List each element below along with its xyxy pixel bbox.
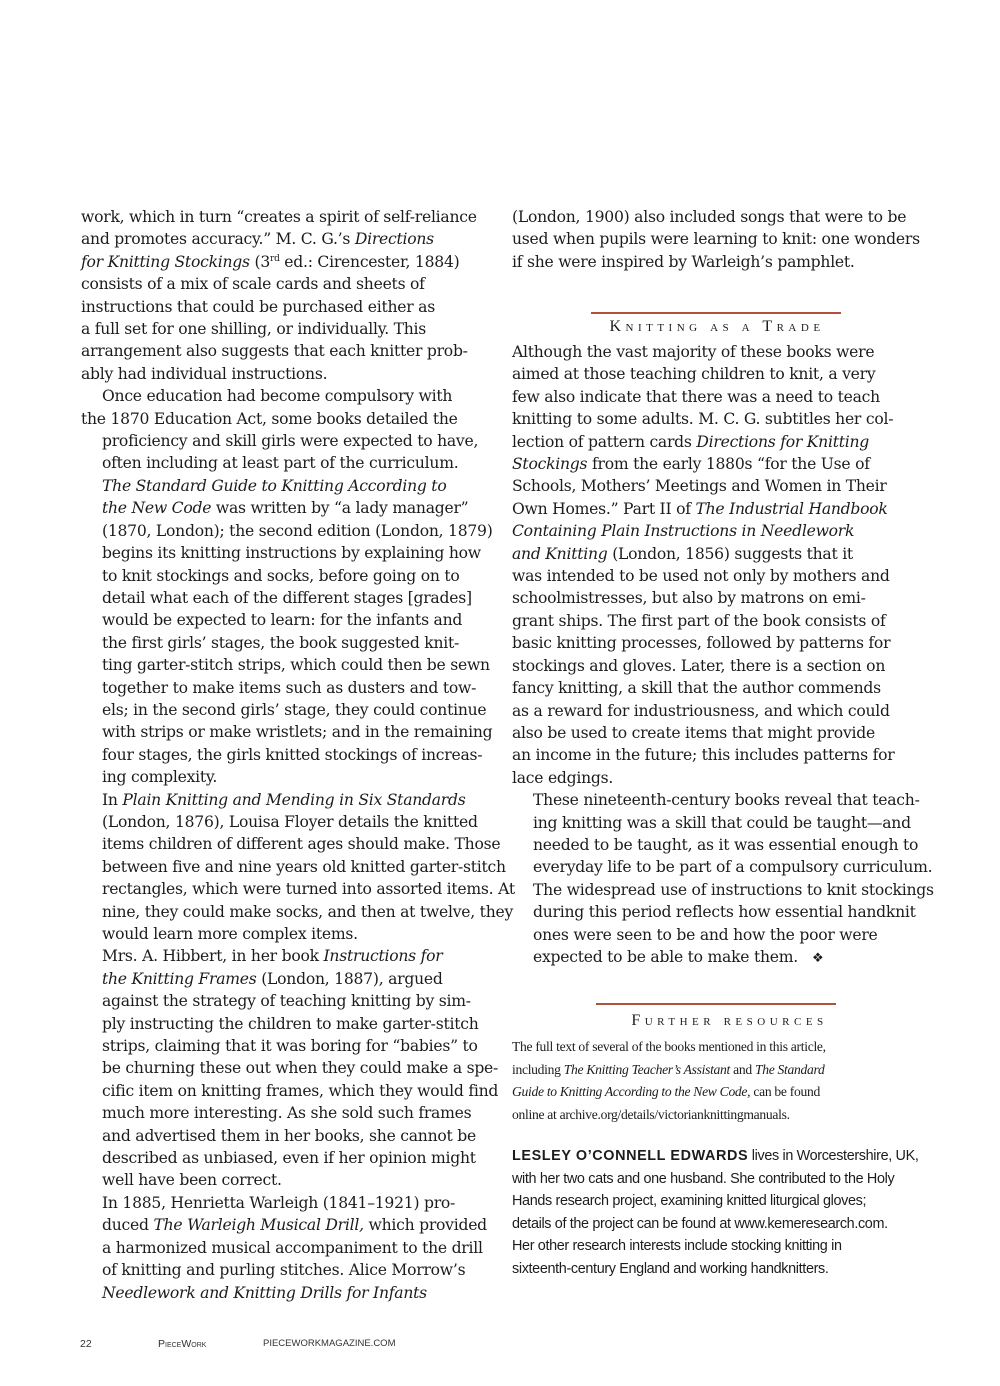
section-heading: Further resources bbox=[512, 1012, 947, 1030]
text-line: (London, 1900) also included songs that … bbox=[512, 206, 922, 228]
text-line: consists of a mix of scale cards and she… bbox=[81, 273, 491, 295]
author-name: LESLEY O’CONNELL EDWARDS bbox=[512, 1148, 748, 1164]
text-line: for Knitting Stockings (3rd ed.: Cirence… bbox=[81, 251, 491, 273]
paragraph: work, which in turn “creates a spirit of… bbox=[81, 206, 491, 385]
book-title: Guide to Knitting According to the New C… bbox=[512, 1084, 750, 1099]
book-title: Directions bbox=[355, 230, 434, 248]
text-line: also be used to create items that might … bbox=[512, 722, 922, 744]
book-title: The Knitting Teacher’s Assistant bbox=[564, 1062, 730, 1077]
text-line: expected to be able to make them.❖ bbox=[512, 946, 922, 970]
book-title: The Industrial Handbook bbox=[695, 500, 887, 518]
text-line: the New Code was written by “a lady mana… bbox=[81, 497, 491, 519]
book-title: the New Code bbox=[102, 499, 211, 517]
text-line: nine, they could make socks, and then at… bbox=[81, 901, 491, 923]
text-line: was intended to be used not only by moth… bbox=[512, 565, 922, 587]
text-line: rectangles, which were turned into assor… bbox=[81, 878, 491, 900]
paragraph: These nineteenth-century books reveal th… bbox=[512, 789, 922, 970]
left-column: work, which in turn “creates a spirit of… bbox=[81, 206, 491, 1304]
text-line: work, which in turn “creates a spirit of… bbox=[81, 206, 491, 228]
book-title: Instructions for bbox=[324, 947, 443, 965]
text-line: begins its knitting instructions by expl… bbox=[81, 542, 491, 564]
text-line: Schools, Mothers’ Meetings and Women in … bbox=[512, 475, 922, 497]
superscript: rd bbox=[270, 254, 280, 264]
text-line: between five and nine years old knitted … bbox=[81, 856, 491, 878]
text-line: LESLEY O’CONNELL EDWARDS lives in Worces… bbox=[512, 1145, 932, 1168]
text-line: These nineteenth-century books reveal th… bbox=[533, 791, 920, 809]
text-line: would learn more complex items. bbox=[81, 923, 491, 945]
text-line: fancy knitting, a skill that the author … bbox=[512, 677, 922, 699]
book-title: The Warleigh Musical Drill, bbox=[153, 1216, 363, 1234]
section-divider bbox=[591, 312, 841, 314]
text-line: everyday life to be part of a compulsory… bbox=[512, 856, 922, 878]
right-column-body: Although the vast majority of these book… bbox=[512, 341, 922, 970]
paragraph: In 1885, Henrietta Warleigh (1841–1921) … bbox=[81, 1192, 491, 1304]
text-line: the Knitting Frames (London, 1887), argu… bbox=[81, 968, 491, 990]
text-line: Once education had become compulsory wit… bbox=[102, 387, 452, 405]
text-line: together to make items such as dusters a… bbox=[81, 677, 491, 699]
right-column-top: (London, 1900) also included songs that … bbox=[512, 206, 922, 273]
text-line: lection of pattern cards Directions for … bbox=[512, 431, 922, 453]
book-title: Plain Knitting and Mending in Six Standa… bbox=[122, 791, 465, 809]
text-line: described as unbiased, even if her opini… bbox=[81, 1147, 491, 1169]
text-line: against the strategy of teaching knittin… bbox=[81, 990, 491, 1012]
book-title: the Knitting Frames bbox=[102, 970, 257, 988]
text-line: In 1885, Henrietta Warleigh (1841–1921) … bbox=[102, 1194, 455, 1212]
publication-name: PieceWork bbox=[158, 1338, 206, 1350]
section-heading: Knitting as a Trade bbox=[512, 318, 922, 336]
text-line: ing knitting was a skill that could be t… bbox=[512, 812, 922, 834]
book-title: for Knitting Stockings bbox=[81, 253, 250, 271]
resource-link-text: online at archive.org/details/victoriank… bbox=[512, 1104, 932, 1127]
text-line: a full set for one shilling, or individu… bbox=[81, 318, 491, 340]
author-bio: LESLEY O’CONNELL EDWARDS lives in Worces… bbox=[512, 1145, 932, 1281]
text-line: Her other research interests include sto… bbox=[512, 1235, 932, 1258]
text-line: with her two cats and one husband. She c… bbox=[512, 1168, 932, 1191]
text-line: with strips or make wristlets; and in th… bbox=[81, 721, 491, 743]
text-line: basic knitting processes, followed by pa… bbox=[512, 632, 922, 654]
text-line: Stockings from the early 1880s “for the … bbox=[512, 453, 922, 475]
page-number: 22 bbox=[80, 1338, 92, 1350]
text-line: of knitting and purling stitches. Alice … bbox=[81, 1259, 491, 1281]
book-title: The Standard bbox=[755, 1062, 825, 1077]
text-line: and promotes accuracy.” M. C. G.’s Direc… bbox=[81, 228, 491, 250]
text-line: including The Knitting Teacher’s Assista… bbox=[512, 1059, 932, 1082]
text-line: grant ships. The first part of the book … bbox=[512, 610, 922, 632]
text-line: items children of different ages should … bbox=[81, 833, 491, 855]
text-line: the first girls’ stages, the book sugges… bbox=[81, 632, 491, 654]
text-line: would be expected to learn: for the infa… bbox=[81, 609, 491, 631]
section-divider bbox=[596, 1003, 836, 1005]
text-line: Own Homes.” Part II of The Industrial Ha… bbox=[512, 498, 922, 520]
text-line: Guide to Knitting According to the New C… bbox=[512, 1081, 932, 1104]
text-line: few also indicate that there was a need … bbox=[512, 386, 922, 408]
text-line: to knit stockings and socks, before goin… bbox=[81, 565, 491, 587]
paragraph: In Plain Knitting and Mending in Six Sta… bbox=[81, 789, 491, 946]
text-line: instructions that could be purchased eit… bbox=[81, 296, 491, 318]
text-line: used when pupils were learning to knit: … bbox=[512, 228, 922, 250]
text-line: The full text of several of the books me… bbox=[512, 1036, 932, 1059]
paragraph: Once education had become compulsory wit… bbox=[81, 385, 491, 788]
text-line: be churning these out when they could ma… bbox=[81, 1057, 491, 1079]
text-line: stockings and gloves. Later, there is a … bbox=[512, 655, 922, 677]
end-mark-icon: ❖ bbox=[812, 951, 823, 966]
text-line: (1870, London); the second edition (Lond… bbox=[81, 520, 491, 542]
text-line: the 1870 Education Act, some books detai… bbox=[81, 408, 491, 430]
text-line: ing complexity. bbox=[81, 766, 491, 788]
text-line: ting garter-stitch strips, which could t… bbox=[81, 654, 491, 676]
text-line: Mrs. A. Hibbert, in her book Instruction… bbox=[102, 947, 442, 965]
book-title: Stockings bbox=[512, 455, 587, 473]
text-line: an income in the future; this includes p… bbox=[512, 744, 922, 766]
text-line: often including at least part of the cur… bbox=[81, 452, 491, 474]
text-line: Hands research project, examining knitte… bbox=[512, 1190, 932, 1213]
text-line: Although the vast majority of these book… bbox=[512, 341, 922, 363]
text-line: lace edgings. bbox=[512, 767, 922, 789]
text-line: well have been correct. bbox=[81, 1169, 491, 1191]
text-line: aimed at those teaching children to knit… bbox=[512, 363, 922, 385]
text-line: (London, 1876), Louisa Floyer details th… bbox=[81, 811, 491, 833]
book-title: Needlework and Knitting Drills for Infan… bbox=[81, 1282, 491, 1304]
text-line: The widespread use of instructions to kn… bbox=[512, 879, 922, 901]
text-line: detail what each of the different stages… bbox=[81, 587, 491, 609]
book-title: Directions for Knitting bbox=[696, 433, 869, 451]
text-line: ply instructing the children to make gar… bbox=[81, 1013, 491, 1035]
text-line: much more interesting. As she sold such … bbox=[81, 1102, 491, 1124]
text-line: duced The Warleigh Musical Drill, which … bbox=[81, 1214, 491, 1236]
text-line: sixteenth-century England and working ha… bbox=[512, 1258, 932, 1281]
book-title: Containing Plain Instructions in Needlew… bbox=[512, 520, 922, 542]
text-line: as a reward for industriousness, and whi… bbox=[512, 700, 922, 722]
text-line: details of the project can be found at w… bbox=[512, 1213, 932, 1236]
text-line: during this period reflects how essentia… bbox=[512, 901, 922, 923]
text-line: strips, claiming that it was boring for … bbox=[81, 1035, 491, 1057]
further-resources: The full text of several of the books me… bbox=[512, 1036, 932, 1126]
text-line: schoolmistresses, but also by matrons on… bbox=[512, 587, 922, 609]
text-line: In Plain Knitting and Mending in Six Sta… bbox=[102, 791, 466, 809]
text-line: arrangement also suggests that each knit… bbox=[81, 340, 491, 362]
book-title: The Standard Guide to Knitting According… bbox=[81, 475, 491, 497]
text-line: cific item on knitting frames, which the… bbox=[81, 1080, 491, 1102]
paragraph: Although the vast majority of these book… bbox=[512, 341, 922, 789]
text-line: four stages, the girls knitted stockings… bbox=[81, 744, 491, 766]
text-line: and advertised them in her books, she ca… bbox=[81, 1125, 491, 1147]
text-line: knitting to some adults. M. C. G. subtit… bbox=[512, 408, 922, 430]
text-line: a harmonized musical accompaniment to th… bbox=[81, 1237, 491, 1259]
book-title: and Knitting bbox=[512, 545, 608, 563]
text-line: needed to be taught, as it was essential… bbox=[512, 834, 922, 856]
text-line: and Knitting (London, 1856) suggests tha… bbox=[512, 543, 922, 565]
text-line: proficiency and skill girls were expecte… bbox=[81, 430, 491, 452]
paragraph: Mrs. A. Hibbert, in her book Instruction… bbox=[81, 945, 491, 1191]
text-line: if she were inspired by Warleigh’s pamph… bbox=[512, 251, 922, 273]
paragraph: (London, 1900) also included songs that … bbox=[512, 206, 922, 273]
website: PIECEWORKMAGAZINE.COM bbox=[263, 1338, 395, 1349]
text-line: ably had individual instructions. bbox=[81, 363, 491, 385]
text-line: els; in the second girls’ stage, they co… bbox=[81, 699, 491, 721]
text-line: ones were seen to be and how the poor we… bbox=[512, 924, 922, 946]
